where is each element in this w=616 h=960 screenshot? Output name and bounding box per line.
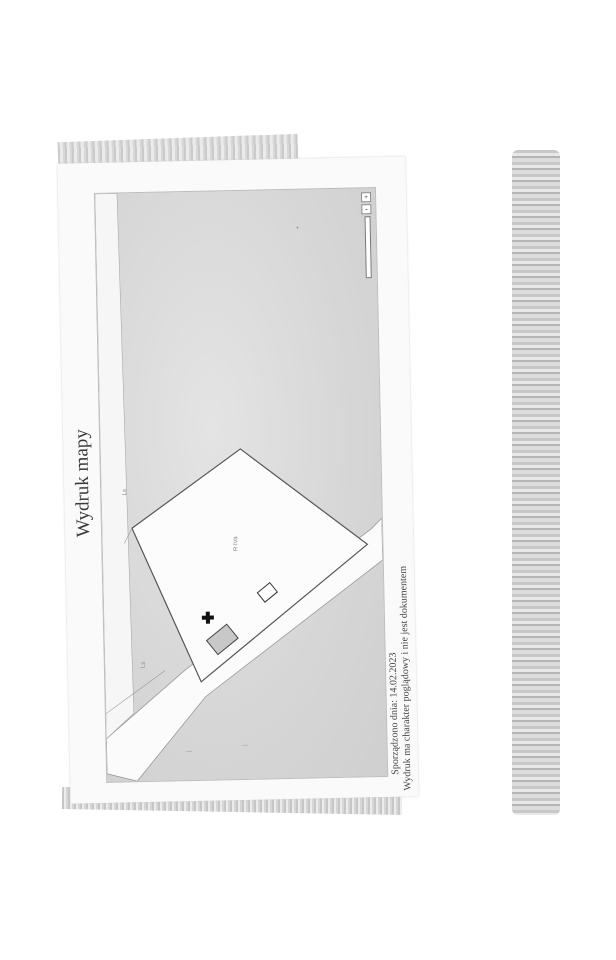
map-view[interactable]: R IVa Ls Ls + | | + -: [94, 187, 388, 783]
page-title: Wydruk mapy: [71, 429, 95, 538]
zoom-slider[interactable]: [365, 216, 372, 278]
printed-map-sheet: Wydruk mapy R IVa: [57, 156, 418, 803]
zoom-in-button[interactable]: +: [361, 192, 371, 202]
zoom-control[interactable]: + -: [361, 192, 373, 276]
svg-text:|: |: [243, 744, 249, 746]
svg-text:+: +: [296, 226, 300, 232]
map-canvas: R IVa Ls Ls + | |: [95, 188, 387, 782]
zoom-out-button[interactable]: -: [361, 204, 371, 214]
svg-text:R IVa: R IVa: [233, 536, 239, 551]
svg-text:|: |: [187, 750, 193, 752]
svg-text:Ls: Ls: [141, 662, 147, 668]
background-wood-right: [512, 150, 560, 815]
svg-text:Ls: Ls: [122, 489, 128, 495]
